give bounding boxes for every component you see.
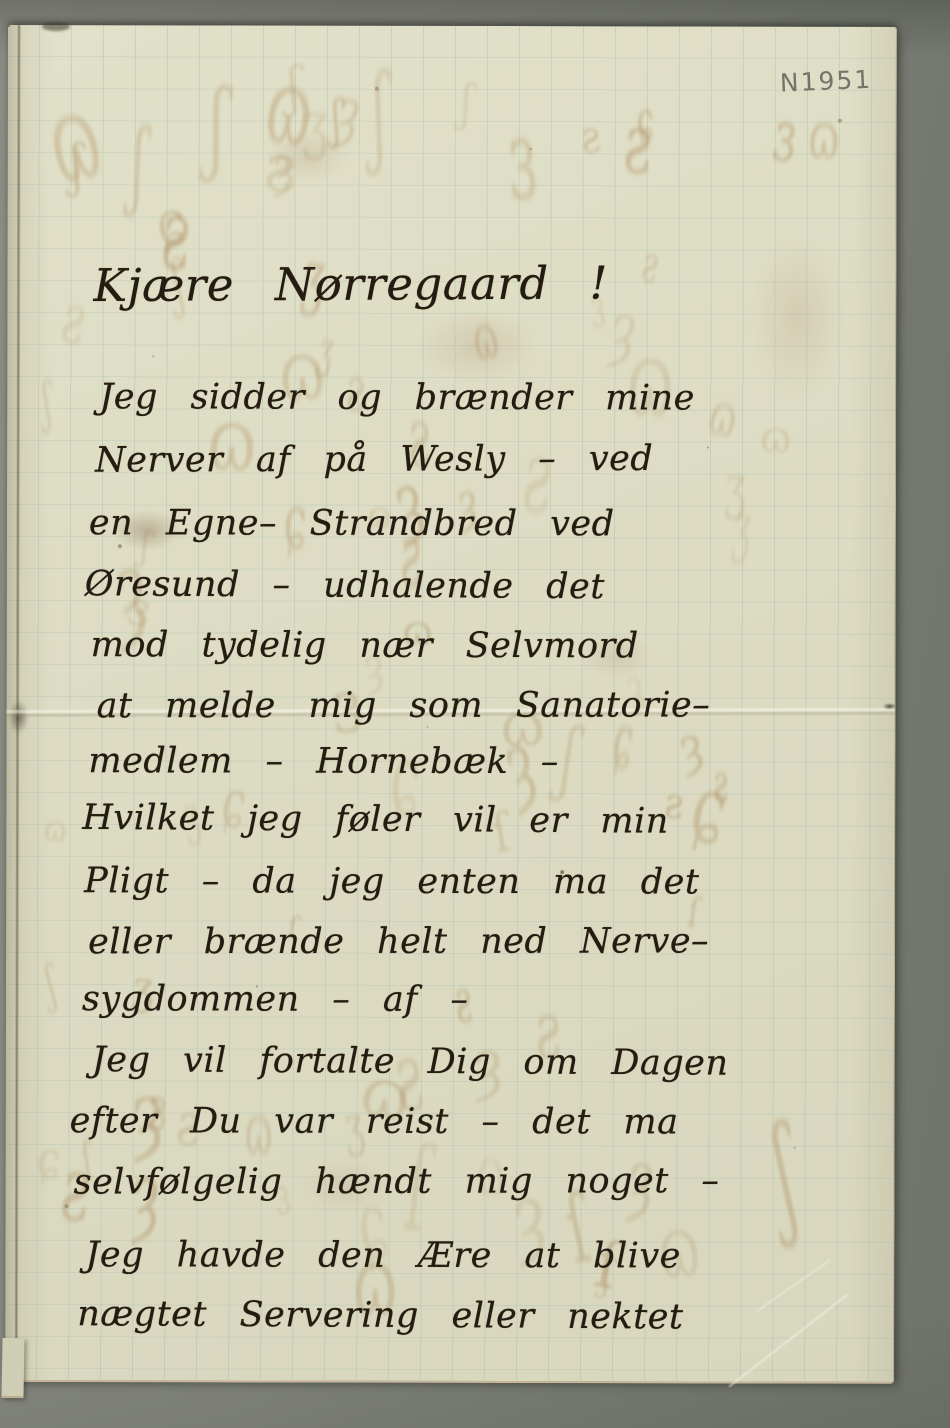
- letter-line: medlem – Hornebæk –: [88, 741, 558, 782]
- ghost-stroke: ɷ: [468, 306, 502, 370]
- right-edge-nick: [883, 703, 897, 710]
- letter-line: Jeg havde den Ære at blive: [85, 1235, 681, 1276]
- ghost-stroke: ɷ: [807, 103, 841, 169]
- letter-line: efter Du var reist – det ma: [70, 1101, 679, 1142]
- letter-line: sygdommen – af –: [82, 979, 469, 1020]
- ghost-stroke: ƨ: [579, 115, 602, 161]
- ghost-stroke: ʒ: [729, 495, 757, 562]
- ghost-stroke: ʃ: [767, 1110, 803, 1242]
- ghost-stroke: ɕ: [684, 761, 734, 861]
- letter-line: mod tydelig nær Selvmord: [91, 625, 639, 666]
- corner-crease: [756, 1259, 831, 1312]
- ghost-stroke: ƨ: [56, 284, 92, 357]
- ghost-stroke: ʃ: [205, 75, 231, 177]
- ghost-stroke: ɕ: [636, 95, 656, 149]
- ghost-stroke: ƨ: [620, 102, 655, 188]
- letter-line: Øresund – udhalende det: [85, 564, 605, 607]
- ghost-stroke: ƨ: [714, 757, 729, 810]
- letter-sheet: ɕɜɷſȝȝȝʃſƨɷƨſȝʃƨɷɜʃɷʃɷʒȝƨɷƨɕɷɜɜɕʃɷɷʃɷȝʒʃ…: [5, 25, 897, 1384]
- ghost-stroke: ɜ: [769, 100, 802, 175]
- ghost-stroke: ʃ: [371, 62, 389, 172]
- ghost-stroke: ʒ: [314, 327, 339, 378]
- ghost-stroke: ȝ: [605, 290, 645, 370]
- letter-line: Nerver af på Wesly – ved: [95, 439, 653, 481]
- ghost-stroke: ʒ: [302, 92, 332, 158]
- ghost-stroke: ɷ: [760, 415, 792, 460]
- letter-line: Jeg sidder og brænder mine: [99, 377, 695, 418]
- ghost-stroke: ɕ: [36, 1135, 61, 1189]
- ghost-stroke: ʃ: [42, 960, 59, 1012]
- ghost-stroke: ʃ: [42, 378, 54, 433]
- letter-line: eller brænde helt ned Nerve–: [88, 921, 709, 962]
- ghost-stroke: ƨ: [637, 239, 663, 293]
- letter-line: nægtet Servering eller nektet: [77, 1294, 683, 1337]
- fold-smudge: [9, 700, 29, 734]
- ghost-stroke: ɷ: [704, 384, 742, 447]
- ghost-stroke: ɜ: [505, 104, 540, 218]
- ghost-stroke: ʃ: [127, 118, 150, 213]
- corner-crease: [728, 1294, 848, 1388]
- letter-line: at melde mig som Sanatorie–: [97, 685, 711, 726]
- letter-salutation: Kjære Nørregaard !: [93, 256, 608, 312]
- ghost-stroke: ɷ: [42, 810, 69, 850]
- ghost-stroke: ɕ: [152, 191, 189, 257]
- ghost-stroke: ʃ: [331, 94, 342, 146]
- underlying-page-edge: [1, 1338, 24, 1398]
- ghost-stroke: ɷ: [38, 76, 110, 202]
- letter-line: Jeg vil fortalte Dig om Dagen: [92, 1040, 729, 1084]
- ghost-stroke: ʃ: [70, 138, 82, 195]
- ghost-stroke: ʃ: [287, 61, 301, 116]
- ghost-stroke: ʃ: [457, 76, 475, 129]
- top-edge-mark: [42, 22, 70, 31]
- ghost-stroke: ȝ: [331, 76, 368, 150]
- letter-line: Pligt – da jeg enten ma det: [84, 861, 699, 902]
- scanned-letter-page: { "document": { "kind": "Scanned handwri…: [0, 0, 950, 1428]
- letter-line: Hvilket jeg føler vil er min: [82, 798, 669, 842]
- letter-line: en Egne– Strandbred ved: [89, 503, 615, 544]
- archive-number: N1951: [779, 65, 872, 98]
- letter-line: selvfølgelig hændt mig noget –: [74, 1161, 720, 1202]
- ghost-stroke: ƨ: [262, 134, 295, 202]
- ghost-stroke: ɷ: [261, 56, 319, 164]
- ghost-stroke: ȝ: [272, 138, 298, 197]
- ghost-stroke: ʒ: [723, 459, 749, 520]
